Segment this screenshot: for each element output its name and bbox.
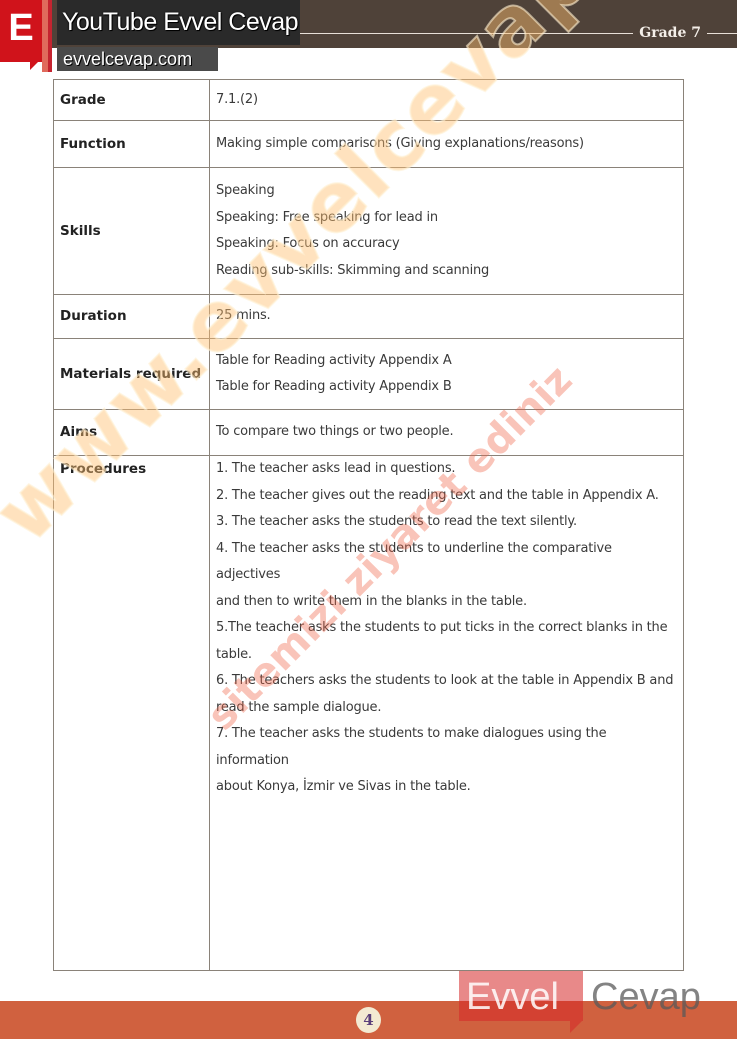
table-row-materials: Materials required Table for Reading act… xyxy=(54,339,684,410)
row-value: Speaking Speaking: Free speaking for lea… xyxy=(210,168,684,295)
value-line: Speaking: Focus on accuracy xyxy=(216,231,675,258)
value-line: Speaking: Free speaking for lead in xyxy=(216,205,675,232)
table-row-skills: Skills Speaking Speaking: Free speaking … xyxy=(54,168,684,295)
lesson-plan-table: Grade 7.1.(2) Function Making simple com… xyxy=(53,79,684,971)
procedure-step: 1. The teacher asks lead in questions. xyxy=(216,456,675,483)
procedure-step: 4. The teacher asks the students to unde… xyxy=(216,536,675,589)
procedure-step: 2. The teacher gives out the reading tex… xyxy=(216,483,675,510)
row-value: 25 mins. xyxy=(210,295,684,339)
grade-label: Grade 7 xyxy=(633,24,707,42)
procedure-step: about Konya, İzmir ve Sivas in the table… xyxy=(216,774,675,801)
row-value: 7.1.(2) xyxy=(210,80,684,121)
footer-logo-left: Evvel xyxy=(466,972,559,1022)
row-label: Aims xyxy=(54,410,210,456)
procedure-step: 6. The teachers asks the students to loo… xyxy=(216,668,675,695)
brand-bar xyxy=(48,0,52,72)
table-row-procedures: Procedures 1. The teacher asks lead in q… xyxy=(54,456,684,971)
brand-url: evvelcevap.com xyxy=(63,48,192,70)
brand-title: YouTube Evvel Cevap xyxy=(62,6,298,38)
value-line: To compare two things or two people. xyxy=(216,419,675,446)
value-line: Making simple comparisons (Giving explan… xyxy=(216,131,675,158)
procedure-step: read the sample dialogue. xyxy=(216,695,675,722)
page-number: 4 xyxy=(356,1007,381,1033)
value-line: Table for Reading activity Appendix B xyxy=(216,374,675,401)
procedure-step: and then to write them in the blanks in … xyxy=(216,589,675,616)
row-label: Procedures xyxy=(54,456,210,971)
procedure-step: table. xyxy=(216,642,675,669)
lesson-plan-table-body: Grade 7.1.(2) Function Making simple com… xyxy=(54,80,684,971)
table-row-aims: Aims To compare two things or two people… xyxy=(54,410,684,456)
row-value: 1. The teacher asks lead in questions. 2… xyxy=(210,456,684,971)
table-row-duration: Duration 25 mins. xyxy=(54,295,684,339)
brand-logo-letter: E xyxy=(0,6,42,50)
row-value: Making simple comparisons (Giving explan… xyxy=(210,121,684,168)
value-line: Speaking xyxy=(216,178,675,205)
procedure-step: 3. The teacher asks the students to read… xyxy=(216,509,675,536)
table-row-grade: Grade 7.1.(2) xyxy=(54,80,684,121)
row-label: Duration xyxy=(54,295,210,339)
row-label: Skills xyxy=(54,168,210,295)
value-line: 25 mins. xyxy=(216,303,675,330)
procedure-step: 5.The teacher asks the students to put t… xyxy=(216,615,675,642)
value-line: Table for Reading activity Appendix A xyxy=(216,348,675,375)
table-row-function: Function Making simple comparisons (Givi… xyxy=(54,121,684,168)
procedure-step: 7. The teacher asks the students to make… xyxy=(216,721,675,774)
brand-logo-icon: E xyxy=(0,0,42,62)
row-value: To compare two things or two people. xyxy=(210,410,684,456)
footer-logo-tail xyxy=(570,1021,582,1033)
row-label: Grade xyxy=(54,80,210,121)
footer-logo-right: Cevap xyxy=(591,972,701,1022)
row-value: Table for Reading activity Appendix A Ta… xyxy=(210,339,684,410)
value-line: 7.1.(2) xyxy=(216,87,675,114)
value-line: Reading sub-skills: Skimming and scannin… xyxy=(216,258,675,285)
row-label: Materials required xyxy=(54,339,210,410)
row-label: Function xyxy=(54,121,210,168)
